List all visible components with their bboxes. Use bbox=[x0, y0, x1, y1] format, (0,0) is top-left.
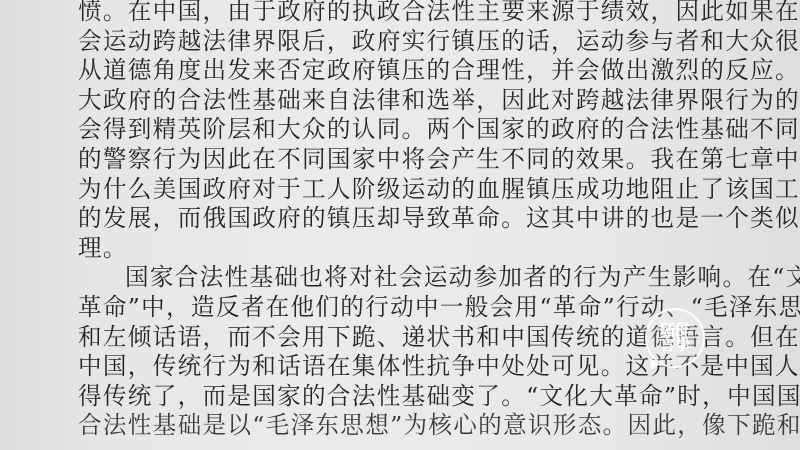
text-line: 愤。在中国，由于政府的执政合法性主要来源于绩效，因此如果在一个社 bbox=[78, 0, 758, 27]
text-line: 为什么美国政府对于工人阶级运动的血腥镇压成功地阻止了该国工人运动 bbox=[78, 175, 758, 205]
text-line: 从道德角度出发来否定政府镇压的合理性，并会做出激烈的反应。但加拿 bbox=[78, 56, 758, 86]
paragraph-start-line: 国家合法性基础也将对社会运动参加者的行为产生影响。在“文化大 bbox=[78, 263, 758, 293]
watermark-logo-icon: 騷群 言學 bbox=[645, 308, 705, 368]
text-line: 的发展，而俄国政府的镇压却导致革命。这其中讲的也是一个类似的道 bbox=[78, 204, 758, 234]
text-line: 会运动跨越法律界限后，政府实行镇压的话，运动参与者和大众很容易会 bbox=[78, 27, 758, 57]
text-line: 会得到精英阶层和大众的认同。两个国家的政府的合法性基础不同，同样 bbox=[78, 115, 758, 145]
text-line: 的警察行为因此在不同国家中将会产生不同的效果。我在第七章中分析了 bbox=[78, 145, 758, 175]
text-line: 理。 bbox=[78, 234, 758, 264]
watermark-text-bottom: 言學 bbox=[660, 338, 690, 353]
book-page-text: 愤。在中国，由于政府的执政合法性主要来源于绩效，因此如果在一个社 会运动跨越法律… bbox=[78, 0, 758, 441]
text-line: 得传统了，而是国家的合法性基础变了。“文化大革命”时，中国国家的 bbox=[78, 382, 758, 412]
text-line: 大政府的合法性基础来自法律和选举，因此对跨越法律界限行为的镇压将 bbox=[78, 86, 758, 116]
text-line-cut-off: 合法性基础是以“毛泽东思想”为核心的意识形态。因此，像下跪和递状 bbox=[78, 411, 758, 441]
